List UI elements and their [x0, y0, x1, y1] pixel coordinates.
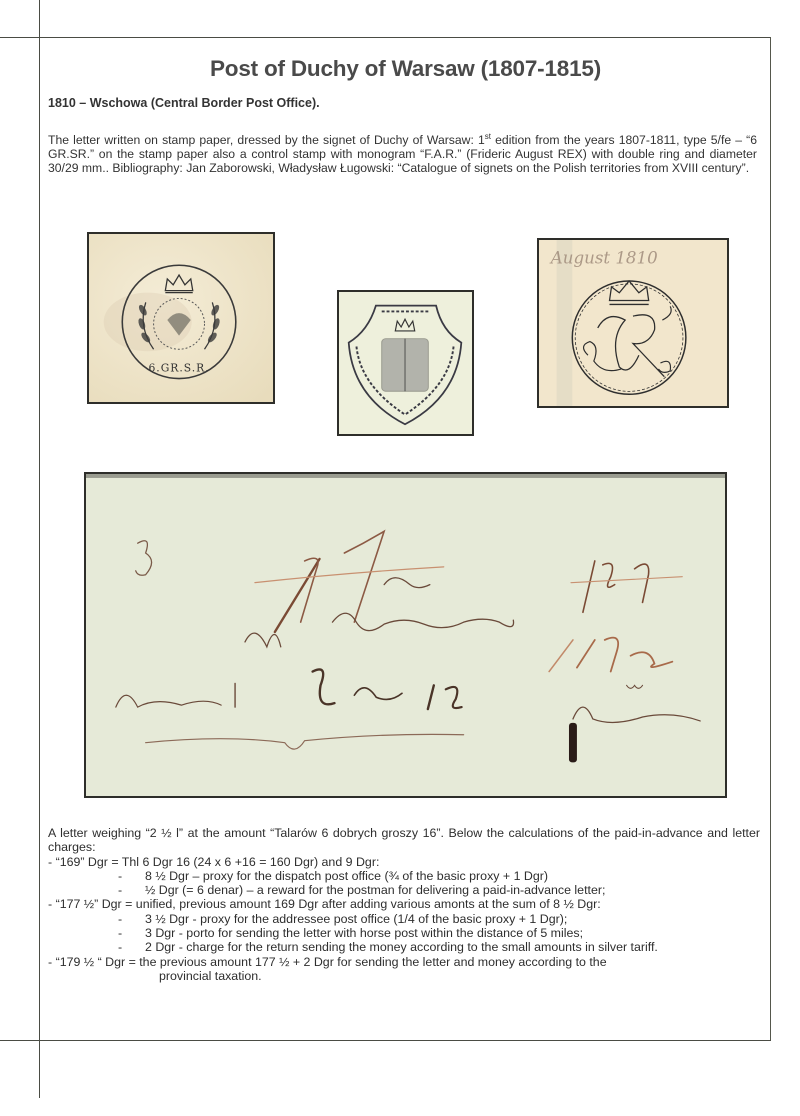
charges-intro: A letter weighing “2 ½ l” at the amount … [48, 826, 760, 855]
charge-subline: -3 ½ Dgr - proxy for the addressee post … [48, 912, 760, 926]
charge-line: - “179 ½ “ Dgr = the previous amount 177… [48, 955, 760, 969]
section-subtitle: 1810 – Wschowa (Central Border Post Offi… [48, 96, 320, 110]
charge-subline-text: ½ Dgr (= 6 denar) – a reward for the pos… [145, 883, 605, 897]
svg-text:August 1810: August 1810 [549, 248, 658, 267]
charges-section: A letter weighing “2 ½ l” at the amount … [48, 826, 760, 983]
list-dash: - [118, 883, 145, 897]
intro-text-1: The letter written on stamp paper, dress… [48, 133, 485, 147]
charge-subline: -2 Dgr - charge for the return sending t… [48, 940, 760, 954]
frame-left-rule [39, 0, 40, 1098]
charge-line: - “169” Dgr = Thl 6 Dgr 16 (24 x 6 +16 =… [48, 855, 760, 869]
page-title: Post of Duchy of Warsaw (1807-1815) [40, 56, 771, 82]
charge-subline: -3 Dgr - porto for sending the letter wi… [48, 926, 760, 940]
charge-subline: -8 ½ Dgr – proxy for the dispatch post o… [48, 869, 760, 883]
list-dash: - [118, 912, 145, 926]
list-dash: - [118, 940, 145, 954]
frame-bottom-rule [0, 1040, 771, 1041]
intro-paragraph: The letter written on stamp paper, dress… [48, 133, 757, 176]
charge-subline: -½ Dgr (= 6 denar) – a reward for the po… [48, 883, 760, 897]
signet-round-image: 6.GR.S.R. [87, 232, 275, 404]
charge-subline-text: 3 Dgr - porto for sending the letter wit… [145, 926, 583, 940]
monogram-far-image: August 1810 [537, 238, 729, 408]
svg-text:6.GR.S.R.: 6.GR.S.R. [148, 362, 209, 375]
letter-cover-image [84, 472, 727, 798]
list-dash: - [118, 926, 145, 940]
charge-subline-text: 8 ½ Dgr – proxy for the dispatch post of… [145, 869, 548, 883]
charge-line-continuation: provincial taxation. [48, 969, 760, 983]
signet-shield-image [337, 290, 474, 436]
charge-subline-text: 3 ½ Dgr - proxy for the addressee post o… [145, 912, 567, 926]
frame-right-rule [770, 37, 771, 1041]
list-dash: - [118, 869, 145, 883]
charge-subline-text: 2 Dgr - charge for the return sending th… [145, 940, 658, 954]
charge-line: - “177 ½” Dgr = unified, previous amount… [48, 897, 760, 911]
frame-top-rule [0, 37, 771, 38]
